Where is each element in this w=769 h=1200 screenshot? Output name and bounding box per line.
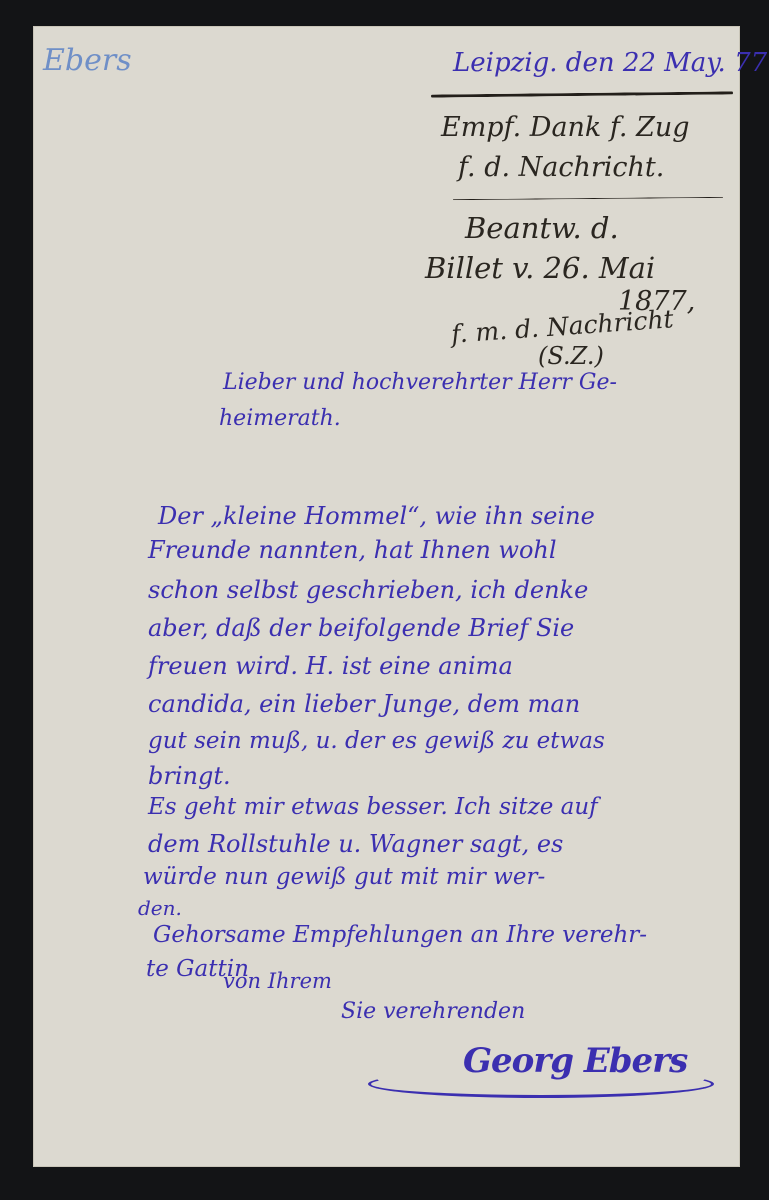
body-line: Der „kleine Hommel“, wie ihn seine	[158, 504, 595, 528]
note-line: Empf. Dank f. Zug	[441, 114, 690, 141]
closing: Sie verehrenden	[341, 1001, 525, 1023]
note-line: f. m. d. Nachricht	[450, 306, 674, 346]
salutation-line: Lieber und hochverehrter Herr Ge-	[223, 372, 617, 394]
body-line: Freunde nannten, hat Ihnen wohl	[148, 538, 557, 562]
body-line: von Ihrem	[223, 971, 332, 992]
archive-annotation: Ebers	[43, 46, 132, 76]
body-line: gut sein muß, u. der es gewiß zu etwas	[148, 730, 605, 753]
salutation-line: heimerath.	[219, 408, 341, 430]
place-date: Leipzig. den 22 May. 77.	[453, 50, 769, 76]
body-line: Gehorsame Empfehlungen an Ihre verehr-	[153, 924, 647, 947]
letter-page: Ebers Leipzig. den 22 May. 77. Empf. Dan…	[33, 26, 740, 1167]
note-line: (S.Z.)	[538, 344, 604, 368]
note-line: Beantw. d.	[465, 214, 619, 243]
body-line: dem Rollstuhle u. Wagner sagt, es	[148, 832, 563, 856]
body-line: candida, ein lieber Junge, dem man	[148, 692, 580, 716]
body-line: bringt.	[148, 764, 231, 788]
body-line: freuen wird. H. ist eine anima	[148, 654, 513, 678]
header-underline	[431, 91, 733, 97]
note-divider	[453, 197, 723, 200]
signature-flourish	[368, 1070, 714, 1098]
body-line: schon selbst geschrieben, ich denke	[148, 578, 588, 602]
body-line: Es geht mir etwas besser. Ich sitze auf	[148, 796, 598, 819]
body-line: aber, daß der beifolgende Brief Sie	[148, 616, 574, 640]
note-line: f. d. Nachricht.	[458, 154, 664, 181]
note-line: Billet v. 26. Mai	[425, 254, 655, 283]
body-line: würde nun gewiß gut mit mir wer-	[143, 866, 545, 889]
body-line: den.	[138, 898, 182, 918]
